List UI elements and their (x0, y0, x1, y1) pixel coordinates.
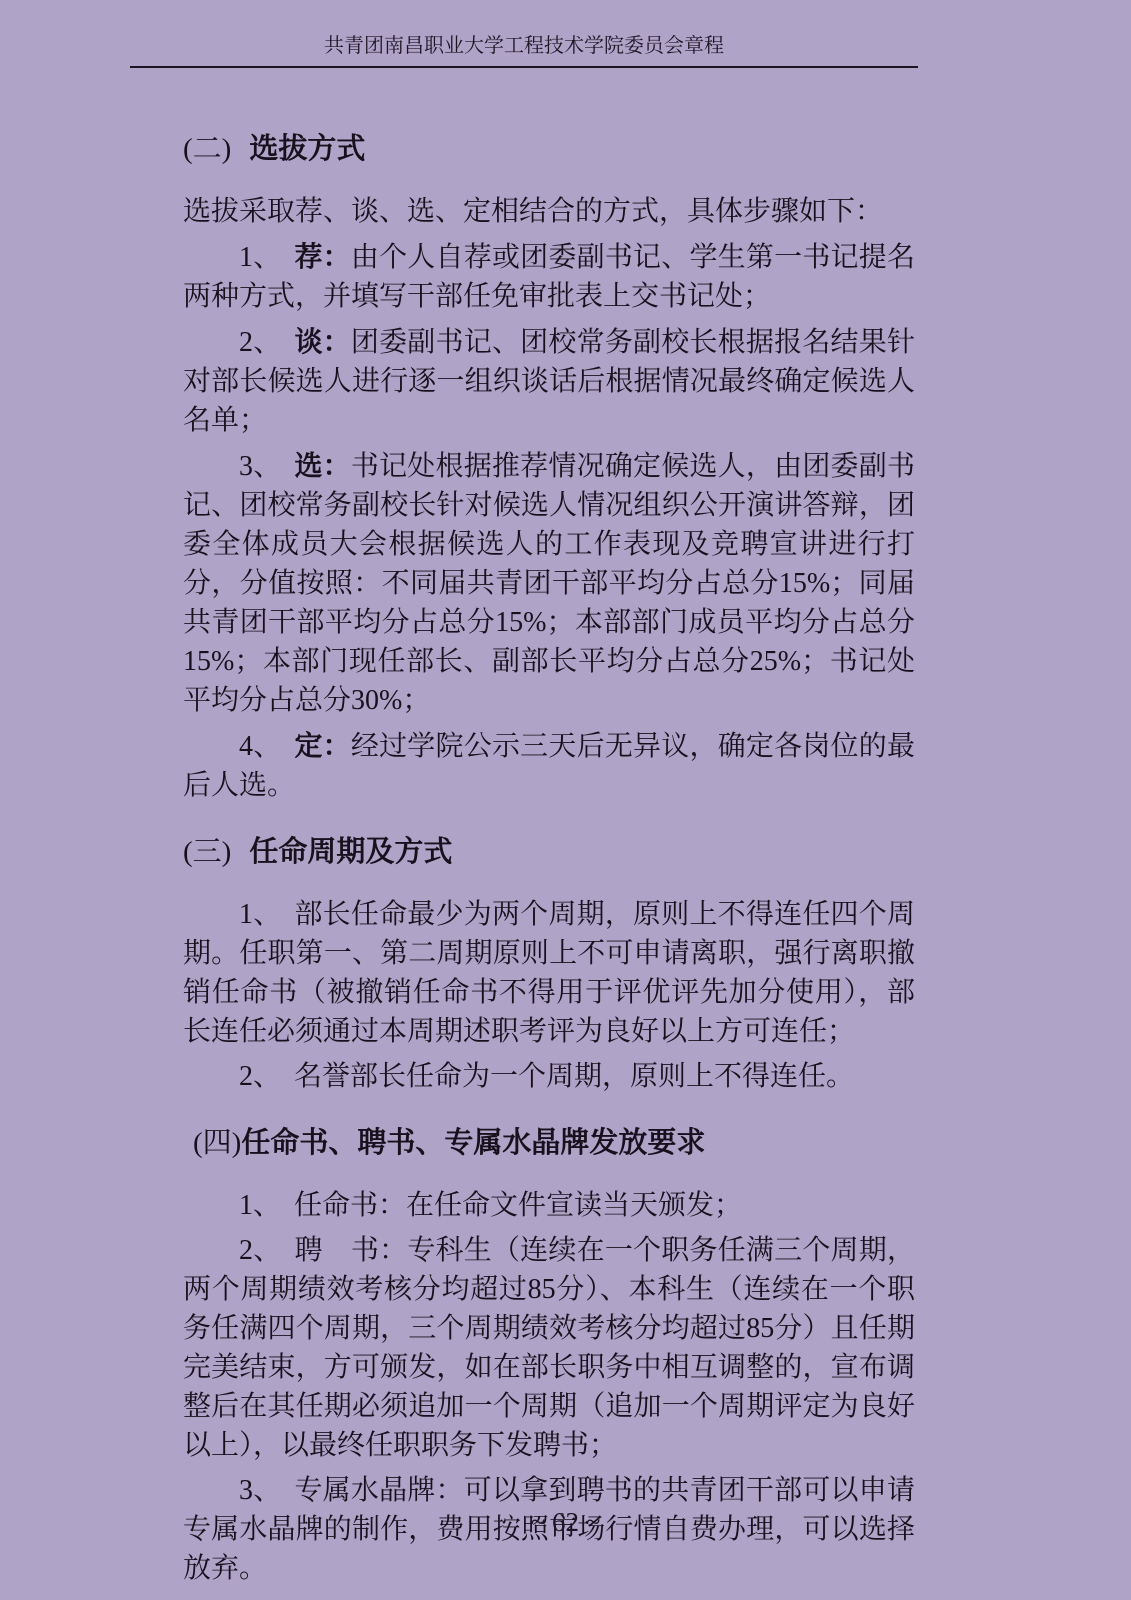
section-title: 任命书、聘书、专属水晶牌发放要求 (241, 1127, 705, 1159)
list-item: 2、名誉部长任命为一个周期，原则上不得连任。 (183, 1057, 915, 1096)
list-item: 1、荐：由个人自荐或团委副书记、学生第一书记提名两种方式，并填写干部任免审批表上… (183, 237, 915, 316)
item-number: 3、 (239, 1475, 281, 1506)
item-lead: 定： (294, 730, 350, 761)
item-number: 2、 (239, 1061, 281, 1092)
list-item: 2、谈：团委副书记、团校常务副校长根据报名结果针对部长候选人进行逐一组织谈话后根… (183, 322, 915, 440)
section-number: (二) (183, 133, 231, 165)
section-intro-paragraph: 选拔采取荐、谈、选、定相结合的方式，具体步骤如下： (183, 192, 915, 231)
section-heading-4: (四)任命书、聘书、专属水晶牌发放要求 (183, 1122, 915, 1164)
item-number: 1、 (239, 899, 281, 930)
list-item: 4、定：经过学院公示三天后无异议，确定各岗位的最后人选。 (183, 726, 915, 805)
item-text: 专科生（连续在一个职务任满三个周期，两个周期绩效考核分均超过85分）、本科生（连… (183, 1235, 915, 1461)
item-text: 书记处根据推荐情况确定候选人，由团委副书记、团校常务副校长针对候选人情况组织公开… (183, 451, 915, 716)
intro-text: 选拔采取荐、谈、选、定相结合的方式，具体步骤如下： (183, 196, 883, 227)
list-item: 1、部长任命最少为两个周期，原则上不得连任四个周期。任职第一、第二周期原则上不可… (183, 895, 915, 1051)
item-number: 1、 (239, 1190, 281, 1221)
item-text: 团委副书记、团校常务副校长根据报名结果针对部长候选人进行逐一组织谈话后根据情况最… (183, 327, 915, 436)
item-lead: 任命书： (294, 1190, 406, 1221)
list-item: 3、选：书记处根据推荐情况确定候选人，由团委副书记、团校常务副校长针对候选人情况… (183, 446, 915, 720)
item-number: 2、 (239, 1235, 281, 1266)
item-number: 1、 (239, 242, 281, 273)
item-text: 由个人自荐或团委副书记、学生第一书记提名两种方式，并填写干部任免审批表上交书记处… (183, 242, 915, 312)
item-text: 名誉部长任命为一个周期，原则上不得连任。 (294, 1061, 854, 1092)
header-title: 共青团南昌职业大学工程技术学院委员会章程 (130, 34, 918, 58)
item-number: 4、 (239, 731, 281, 762)
section-number: (三) (183, 836, 231, 868)
item-text: 在任命文件宣读当天颁发； (406, 1190, 742, 1221)
document-page: 共青团南昌职业大学工程技术学院委员会章程 (二)选拔方式 选拔采取荐、谈、选、定… (0, 0, 1131, 1600)
page-header: 共青团南昌职业大学工程技术学院委员会章程 (0, 0, 1131, 68)
item-lead: 荐： (294, 241, 350, 272)
item-lead: 聘 书： (294, 1235, 407, 1266)
item-lead: 谈： (294, 326, 350, 357)
section-heading-3: (三)任命周期及方式 (183, 831, 915, 873)
item-text: 经过学院公示三天后无异议，确定各岗位的最后人选。 (183, 731, 915, 801)
item-lead: 选： (294, 450, 350, 481)
list-item: 2、聘 书：专科生（连续在一个职务任满三个周期，两个周期绩效考核分均超过85分）… (183, 1231, 915, 1465)
item-number: 3、 (239, 451, 281, 482)
page-footer: ~ 62 ~ (0, 1506, 1131, 1538)
section-title: 任命周期及方式 (249, 836, 452, 868)
section-title: 选拔方式 (249, 133, 365, 165)
list-item: 1、任命书：在任命文件宣读当天颁发； (183, 1186, 915, 1225)
document-body: (二)选拔方式 选拔采取荐、谈、选、定相结合的方式，具体步骤如下： 1、荐：由个… (183, 128, 915, 1588)
page-number: ~ 62 ~ (531, 1507, 601, 1537)
section-heading-2: (二)选拔方式 (183, 128, 915, 170)
item-lead: 专属水晶牌： (294, 1475, 463, 1506)
header-rule (130, 66, 918, 68)
section-number: (四) (193, 1127, 241, 1159)
item-text: 部长任命最少为两个周期，原则上不得连任四个周期。任职第一、第二周期原则上不可申请… (183, 899, 915, 1047)
item-number: 2、 (239, 327, 281, 358)
